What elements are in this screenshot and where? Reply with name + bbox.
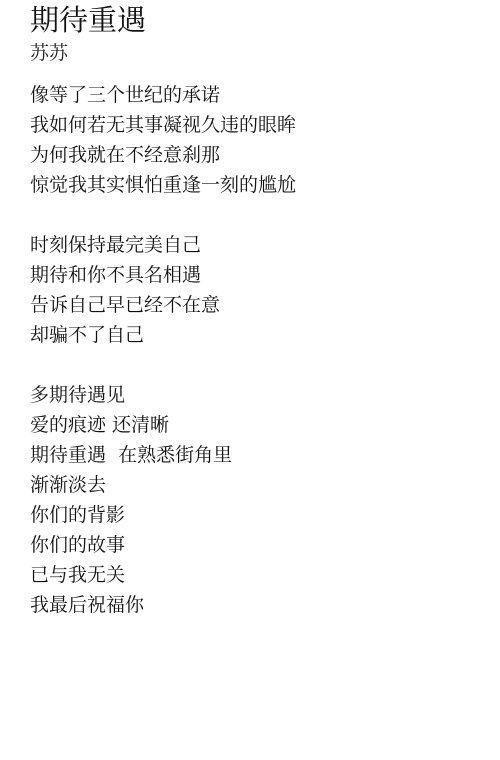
- lyric-line: 你们的故事: [30, 530, 500, 560]
- lyric-line: 惊觉我其实惧怕重逢一刻的尴尬: [30, 170, 500, 200]
- lyric-line: 我最后祝福你: [30, 590, 500, 620]
- song-title: 期待重遇: [30, 0, 500, 40]
- stanza-divider: [30, 200, 500, 230]
- lyric-line: 告诉自己早已经不在意: [30, 290, 500, 320]
- artist-name: 苏苏: [30, 40, 500, 66]
- lyric-line: 为何我就在不经意刹那: [30, 140, 500, 170]
- lyric-line: 我如何若无其事凝视久违的眼眸: [30, 110, 500, 140]
- lyrics-body: 像等了三个世纪的承诺 我如何若无其事凝视久违的眼眸 为何我就在不经意刹那 惊觉我…: [30, 80, 500, 620]
- stanza-1: 像等了三个世纪的承诺 我如何若无其事凝视久违的眼眸 为何我就在不经意刹那 惊觉我…: [30, 80, 500, 200]
- lyric-line: 像等了三个世纪的承诺: [30, 80, 500, 110]
- lyric-line: 你们的背影: [30, 500, 500, 530]
- lyric-line: 多期待遇见: [30, 380, 500, 410]
- lyric-line: 却骗不了自己: [30, 320, 500, 350]
- stanza-3: 多期待遇见 爱的痕迹 还清晰 期待重遇 在熟悉街角里 渐渐淡去 你们的背影 你们…: [30, 380, 500, 620]
- lyric-line: 已与我无关: [30, 560, 500, 590]
- stanza-divider: [30, 350, 500, 380]
- lyric-line: 时刻保持最完美自己: [30, 230, 500, 260]
- lyrics-page: 期待重遇 苏苏 像等了三个世纪的承诺 我如何若无其事凝视久违的眼眸 为何我就在不…: [30, 0, 500, 620]
- lyric-line: 期待和你不具名相遇: [30, 260, 500, 290]
- lyric-line: 爱的痕迹 还清晰: [30, 410, 500, 440]
- lyric-line: 期待重遇 在熟悉街角里: [30, 440, 500, 470]
- stanza-2: 时刻保持最完美自己 期待和你不具名相遇 告诉自己早已经不在意 却骗不了自己: [30, 230, 500, 350]
- lyric-line: 渐渐淡去: [30, 470, 500, 500]
